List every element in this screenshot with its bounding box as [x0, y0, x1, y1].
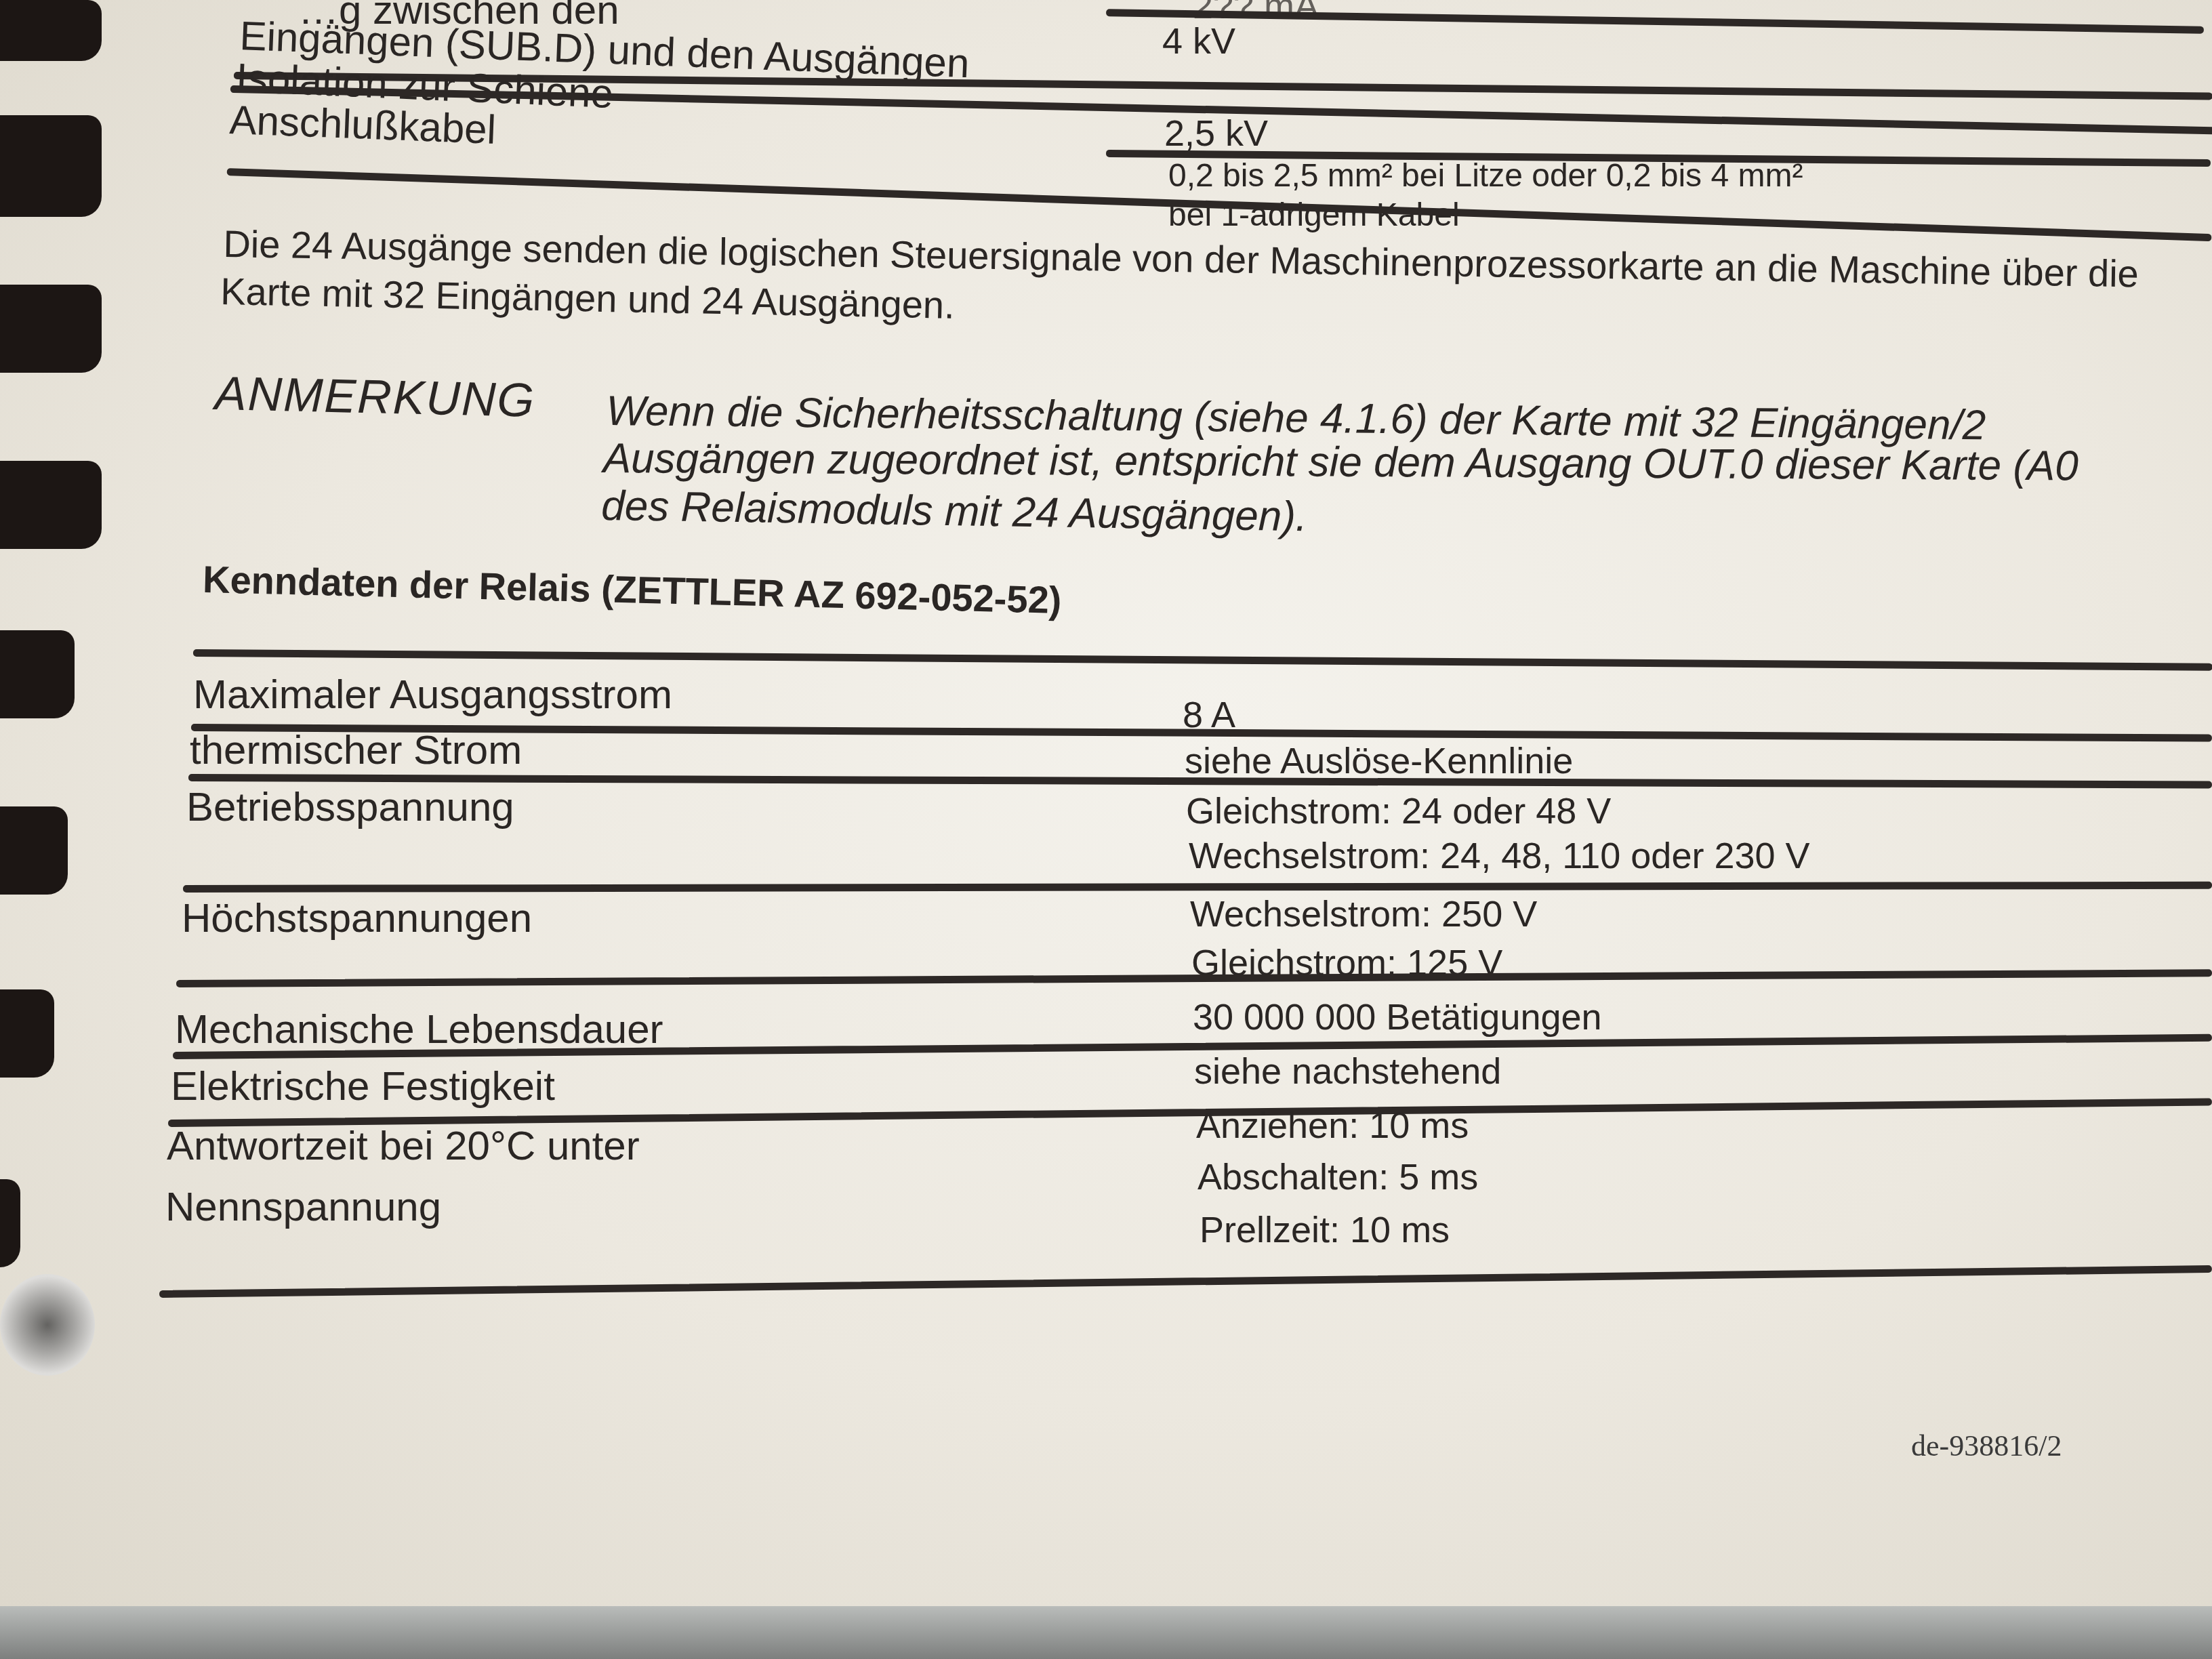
row-value: siehe nachstehend — [1194, 1050, 1501, 1092]
row-value: 4 kV — [1162, 20, 1235, 62]
row-label: Elektrische Festigkeit — [171, 1063, 555, 1109]
row-value: Anziehen: 10 ms — [1196, 1105, 1469, 1147]
section-heading: Kenndaten der Relais (ZETTLER AZ 692-052… — [202, 557, 1062, 622]
row-label: Anschlußkabel — [228, 96, 497, 153]
row-label: Betriebsspannung — [186, 783, 514, 830]
row-label: Mechanische Lebensdauer — [175, 1006, 663, 1052]
row-value: Wechselstrom: 24, 48, 110 oder 230 V — [1189, 835, 1810, 877]
table-rule — [183, 882, 2212, 893]
table-rule — [159, 1265, 2212, 1298]
document-reference: de-938816/2 — [1911, 1429, 2062, 1463]
row-label: Nennspannung — [165, 1183, 441, 1230]
row-label: Antwortzeit bei 20°C unter — [167, 1122, 640, 1169]
row-value: Wechselstrom: 250 V — [1190, 893, 1537, 935]
row-value: 2,5 kV — [1164, 112, 1268, 155]
row-label: thermischer Strom — [190, 726, 522, 773]
row-value: siehe Auslöse-Kennlinie — [1185, 740, 1573, 782]
row-value: Gleichstrom: 24 oder 48 V — [1186, 790, 1611, 832]
row-value: Prellzeit: 10 ms — [1200, 1209, 1450, 1251]
note-label: ANMERKUNG — [214, 366, 536, 428]
note-line: des Relaismoduls mit 24 Ausgängen). — [601, 478, 1308, 545]
row-value: 30 000 000 Betätigungen — [1193, 996, 1602, 1038]
document: 2?? mA …g zwischen den Eingängen (SUB.D)… — [0, 0, 2212, 1659]
table-rule — [193, 649, 2212, 671]
row-value: 0,2 bis 2,5 mm² bei Litze oder 0,2 bis 4… — [1168, 157, 1803, 194]
row-label: Maximaler Ausgangsstrom — [193, 671, 672, 718]
row-label: Höchstspannungen — [182, 895, 532, 941]
row-value: Abschalten: 5 ms — [1197, 1156, 1478, 1198]
